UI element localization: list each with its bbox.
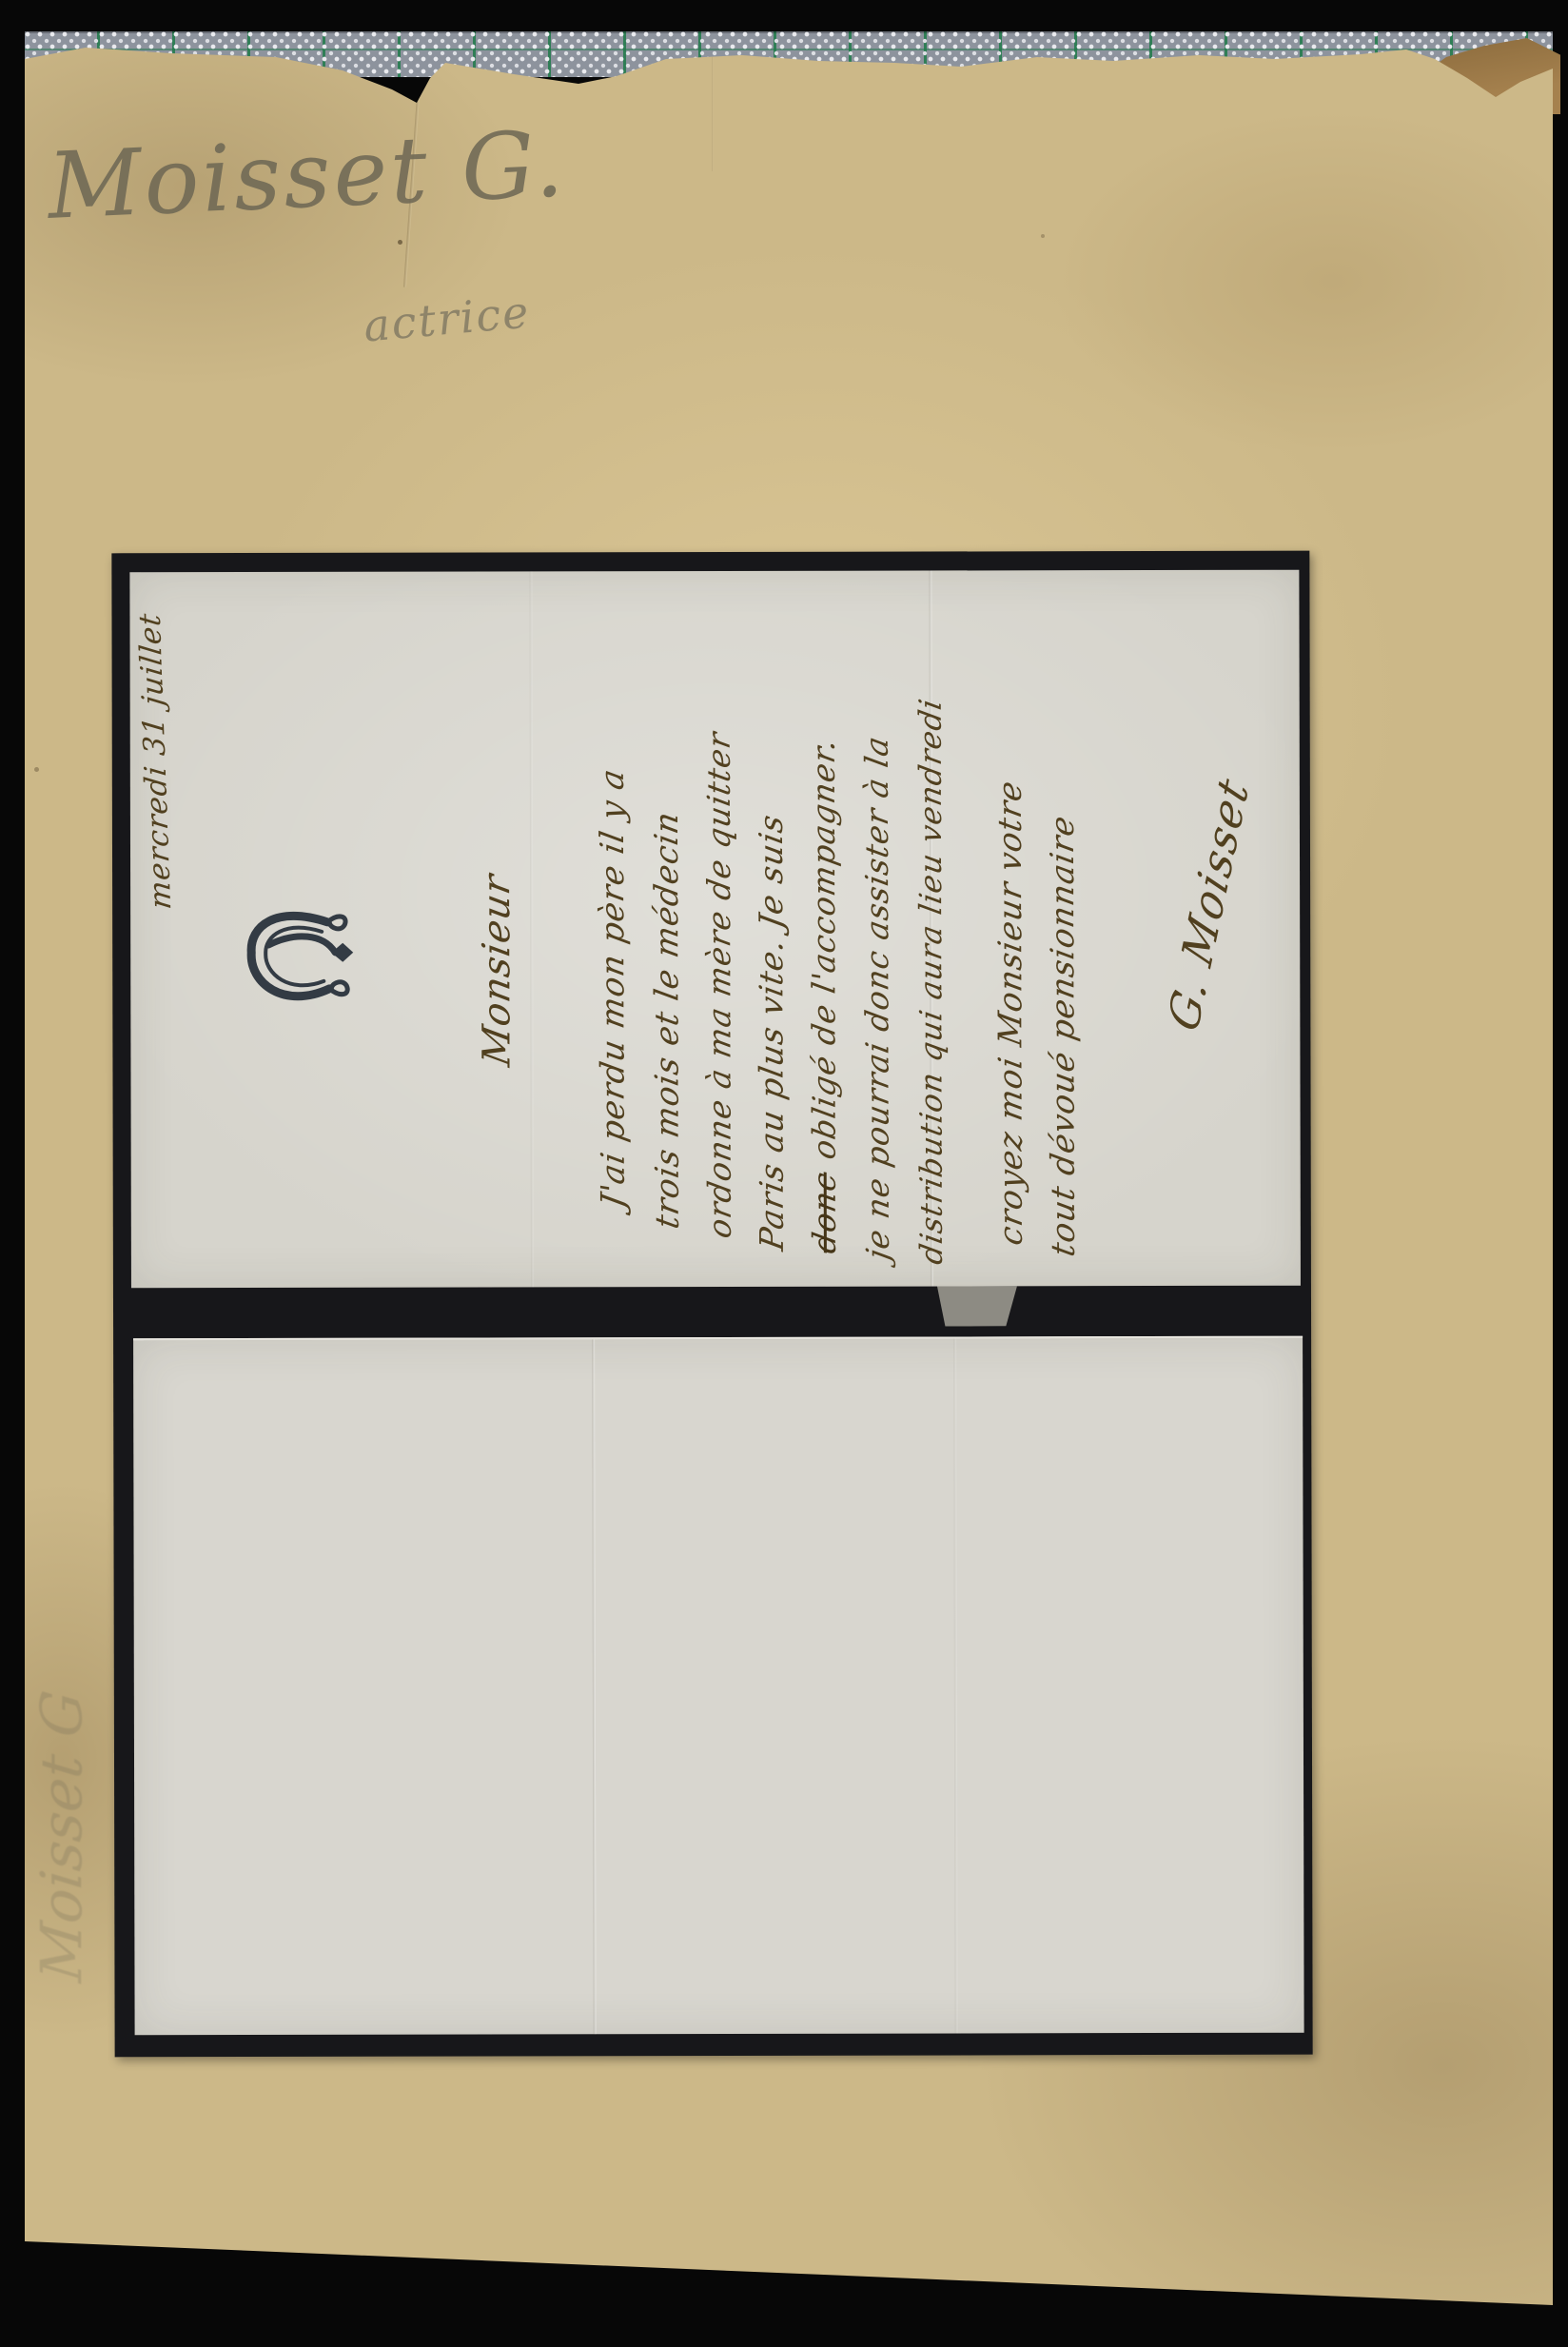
letter-body-line: distribution qui aura lieu vendredi [912,696,950,1267]
letter-written-page: mercredi 31 juillet Monsieur G. Moisset … [129,570,1301,1289]
album-photo: Moisset G. actrice Moisset G [0,0,1568,2347]
letter-body-line: doncobligé de l'accompagner. [805,736,843,1256]
letter-body-line: trois mois et le médecin [648,808,687,1232]
letter-blank-page [133,1336,1304,2036]
letter-body-line: croyez moi Monsieur votre [991,778,1030,1248]
paper-speck [1041,234,1045,238]
letter-date: mercredi 31 juillet [133,611,179,911]
fold-crease [953,1338,958,2033]
letter-body-line: tout dévoué pensionnaire [1044,812,1083,1259]
fold-crease [529,571,534,1287]
paper-speck [398,240,402,245]
monogram-icon [240,903,354,1010]
album-page: Moisset G. actrice Moisset G [0,0,1568,2347]
paper-speck [34,767,39,772]
fold-tear-notch [937,1286,1017,1326]
paper-crease [712,57,714,171]
letter-signature: G. Moisset [1158,769,1258,1038]
letter-body-line: ordonne à ma mère de quitter [700,729,738,1241]
pencil-ghost-offset-annotation: Moisset G [29,1687,95,1984]
letter-body-line: J'ai perdu mon père il y a [594,765,633,1211]
pencil-name-annotation: Moisset G. [46,110,568,240]
letter-salutation: Monsieur [475,871,519,1070]
letter-body-line: Paris au plus vite. Je suis [753,811,792,1252]
fold-crease [592,1339,597,2034]
pencil-note-annotation: actrice [362,286,532,351]
struck-word: donc [806,1169,843,1256]
mounted-letter: mercredi 31 juillet Monsieur G. Moisset … [111,551,1312,2058]
monogram-diamond [331,943,353,962]
letter-body-line: je ne pourrai donc assister à la [858,733,896,1263]
